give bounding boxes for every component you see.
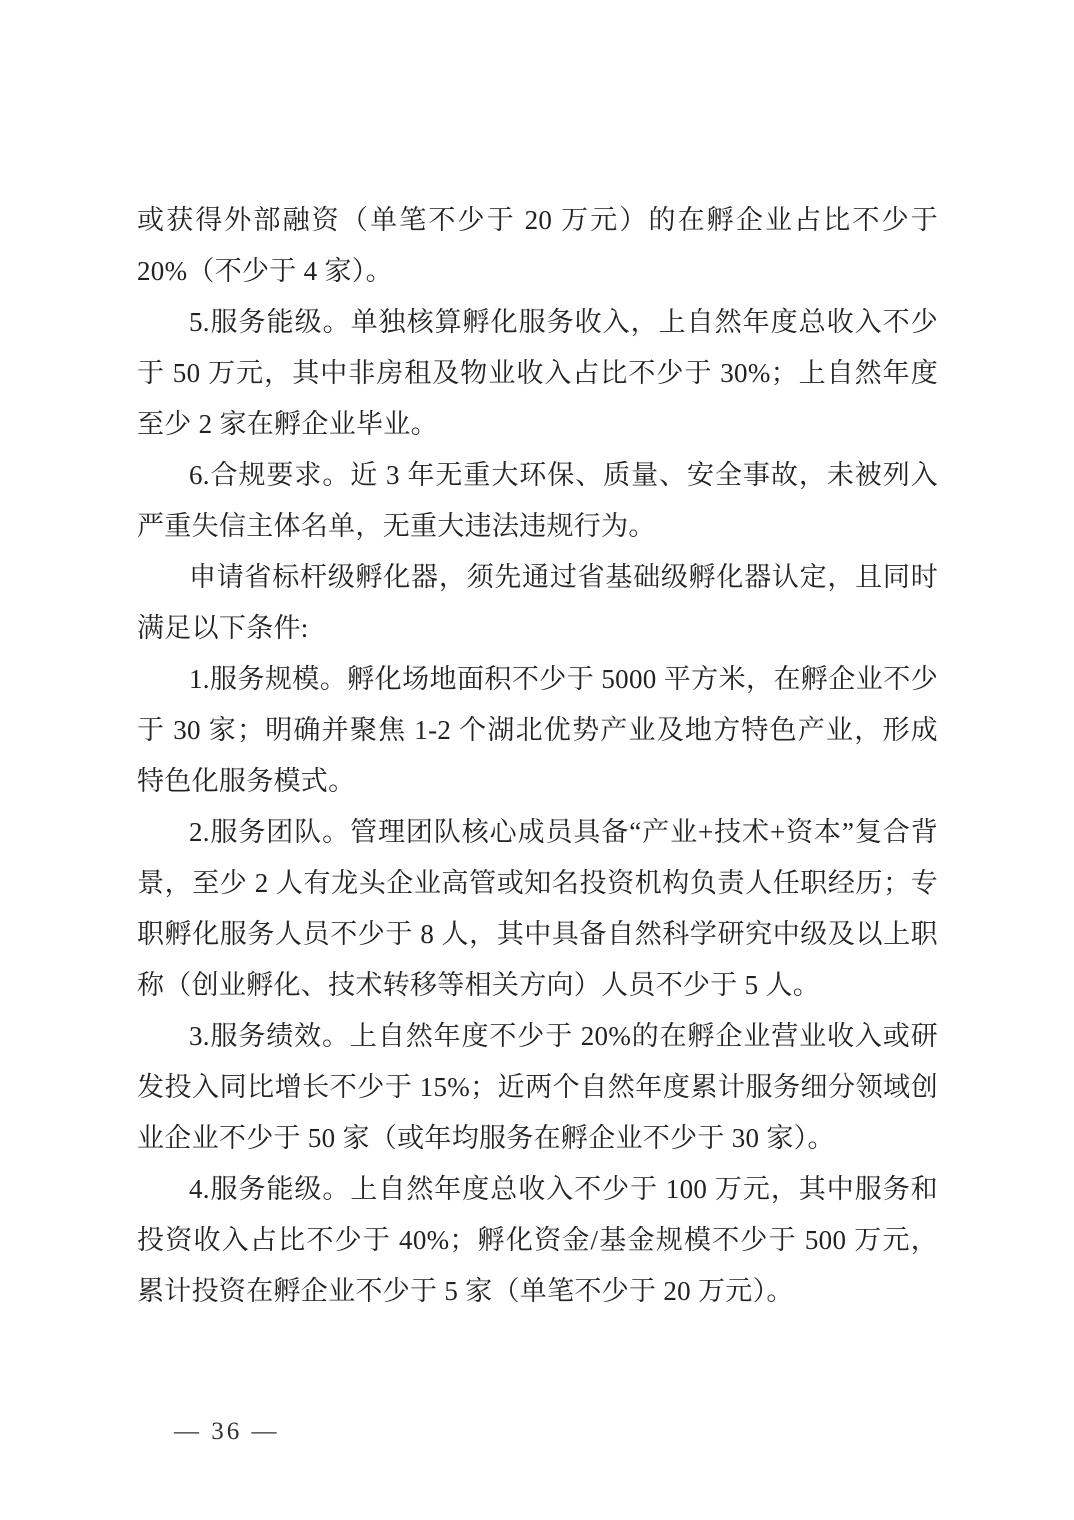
para-item4-service-capacity: 4.服务能级。上自然年度总收入不少于 100 万元，其中服务和投资收入占比不少于… (137, 1164, 938, 1317)
para-item3-service-performance: 3.服务绩效。上自然年度不少于 20%的在孵企业营业收入或研发投入同比增长不少于… (137, 1011, 938, 1164)
para-item5-service-capacity: 5.服务能级。单独核算孵化服务收入，上自然年度总收入不少于 50 万元，其中非房… (137, 297, 938, 450)
para-item1-service-scale: 1.服务规模。孵化场地面积不少于 5000 平方米，在孵企业不少于 30 家；明… (137, 654, 938, 807)
para-continuation-external-financing: 或获得外部融资（单笔不少于 20 万元）的在孵企业占比不少于 20%（不少于 4… (137, 195, 938, 297)
para-item2-service-team: 2.服务团队。管理团队核心成员具备“产业+技术+资本”复合背景，至少 2 人有龙… (137, 807, 938, 1011)
document-body: 或获得外部融资（单笔不少于 20 万元）的在孵企业占比不少于 20%（不少于 4… (137, 195, 938, 1317)
page-footer: — 36 — (137, 1384, 280, 1480)
page: 或获得外部融资（单笔不少于 20 万元）的在孵企业占比不少于 20%（不少于 4… (0, 0, 1074, 1520)
para-item6-compliance: 6.合规要求。近 3 年无重大环保、质量、安全事故，未被列入严重失信主体名单，无… (137, 450, 938, 552)
document-page: { "document": { "language": "zh-CN", "pa… (0, 0, 1074, 1520)
para-benchmark-incubator-intro: 申请省标杆级孵化器，须先通过省基础级孵化器认定，且同时满足以下条件: (137, 552, 938, 654)
page-number: — 36 — (174, 1418, 280, 1445)
